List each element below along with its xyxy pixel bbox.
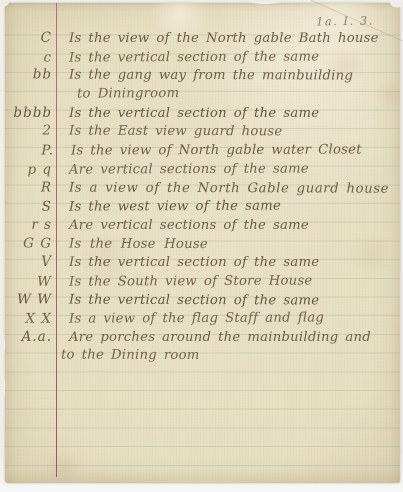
ledger-row: bb Is the gang way from the mainbuilding [5, 66, 394, 86]
ledger-row: 2 Is the East view guard house [5, 122, 394, 142]
ledger-row: c Is the vertical section of the same [5, 47, 394, 67]
ledger-row: to the Dining room [5, 346, 394, 366]
item-description: Is the Hose House [69, 235, 208, 254]
item-label: A.a. [5, 328, 59, 347]
ledger-row: C Is the view of the North gable Bath ho… [5, 29, 394, 48]
item-label: p q [5, 160, 59, 179]
item-description: Are vertical sections of the same [69, 217, 309, 236]
item-description: Are porches around the mainbuilding and [69, 329, 371, 348]
item-description: Is the vertical section of the same [69, 254, 319, 273]
item-description: to Diningroom [77, 85, 179, 104]
ledger-row: R Is a view of the North Gable guard hou… [5, 178, 394, 198]
item-label: bb [5, 66, 59, 85]
ledger-row: r s Are vertical sections of the same [5, 216, 394, 235]
item-label: C [5, 29, 59, 48]
item-description: Is the west view of the same [69, 198, 281, 218]
ledger-row: bbbb Is the vertical section of the same [5, 104, 394, 123]
torn-edge [0, 425, 4, 459]
ledger-row: G G Is the Hose House [5, 234, 394, 254]
ledger-row: V Is the vertical section of the same [5, 253, 394, 272]
item-description: Are vertical sections of the same [69, 160, 309, 180]
ledger-row: to Diningroom [5, 84, 394, 104]
ledger-row: P. Is the view of North gable water Clos… [7, 140, 396, 160]
item-label: R [5, 178, 59, 197]
ledger-row: S Is the west view of the same [5, 196, 394, 216]
item-label: V [5, 253, 59, 272]
item-description: Is the vertical section of the same [69, 105, 319, 124]
item-label: G G [5, 234, 59, 253]
ledger-row: W W Is the vertical section of the same [5, 290, 394, 310]
item-description: Is the view of the North gable Bath hous… [69, 30, 379, 49]
item-label: P. [7, 142, 61, 161]
item-label: r s [5, 216, 59, 235]
item-description: Is the East view guard house [69, 123, 282, 142]
catalog-number: 1a. I. 3. [316, 13, 374, 28]
ledger-row: W Is the South view of Store House [5, 271, 394, 291]
ledger-row: p q Are vertical sections of the same [5, 159, 394, 179]
paper-sheet: 1a. I. 3. C Is the view of the North gab… [5, 3, 400, 483]
item-label: bbbb [5, 104, 59, 123]
item-label: W [5, 273, 59, 292]
entry-list: C Is the view of the North gable Bath ho… [5, 29, 394, 365]
item-description: Is the view of North gable water Closet [71, 142, 362, 162]
item-label: X X [5, 310, 59, 329]
item-label: W W [5, 290, 59, 309]
item-description: to the Dining room [61, 346, 200, 365]
ledger-row: A.a. Are porches around the mainbuilding… [5, 328, 394, 347]
ledger-row: X X Is a view of the flag Staff and flag [5, 308, 394, 328]
item-description: Is a view of the flag Staff and flag [69, 310, 324, 330]
item-label: S [5, 198, 59, 217]
item-description: Is the South view of Store House [69, 272, 313, 292]
scanned-document: 1a. I. 3. C Is the view of the North gab… [0, 0, 403, 492]
item-label: 2 [5, 122, 59, 141]
